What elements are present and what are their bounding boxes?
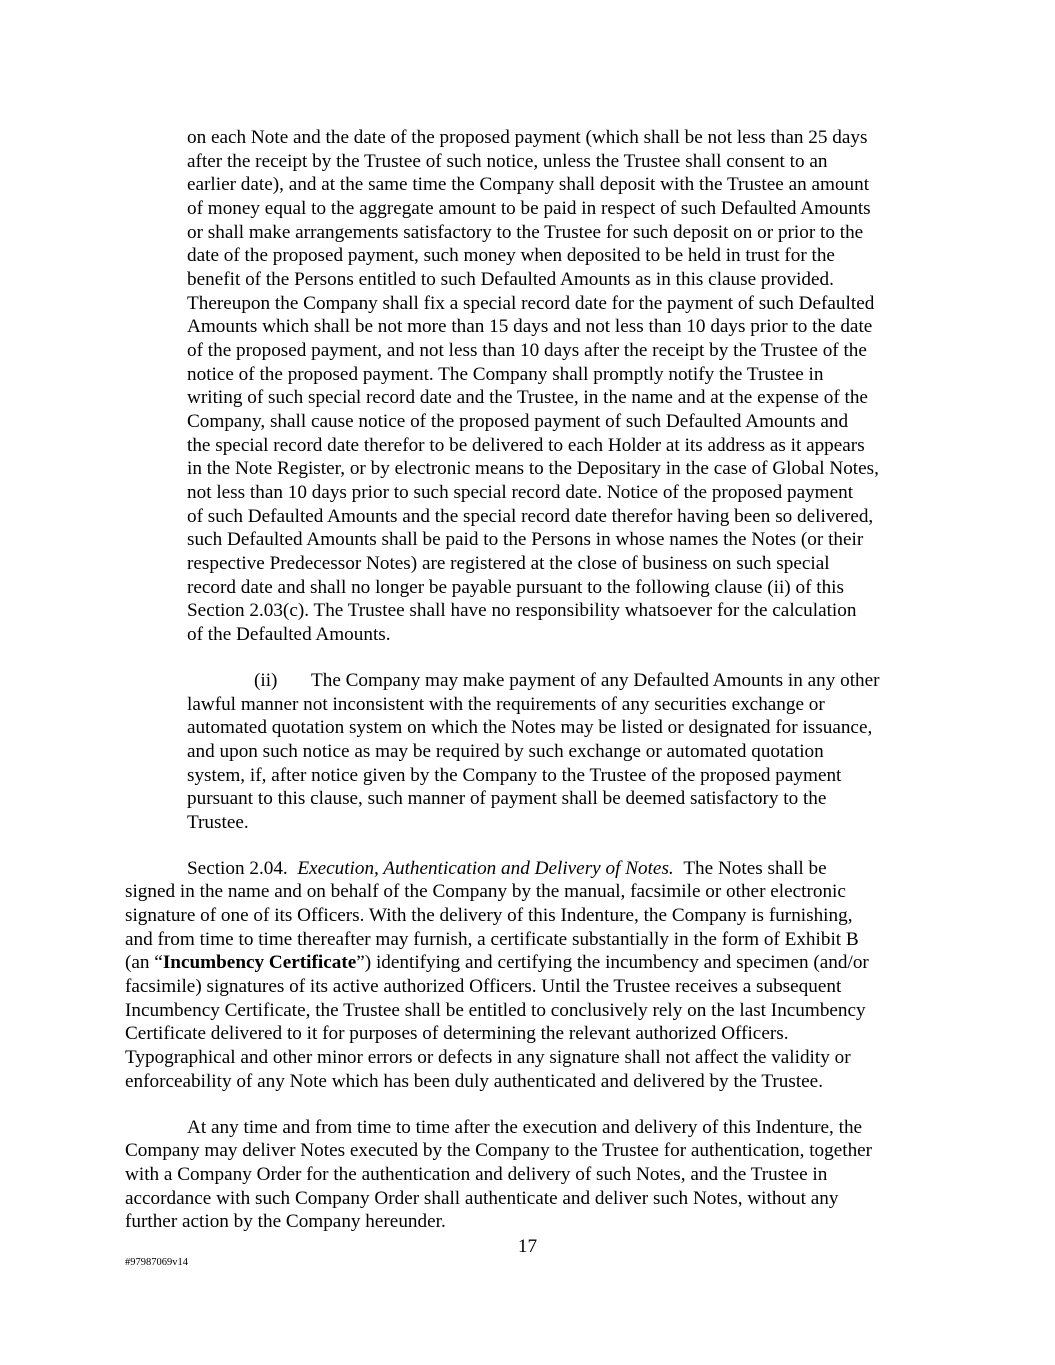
page-number: 17 bbox=[0, 1236, 1055, 1258]
text-line: respective Predecessor Notes) are regist… bbox=[187, 552, 830, 576]
text-line: notice of the proposed payment. The Comp… bbox=[187, 363, 823, 387]
text-line: Certificate delivered to it for purposes… bbox=[125, 1022, 789, 1046]
text-fragment: ”) identifying and certifying the incumb… bbox=[356, 952, 869, 973]
text-line: signed in the name and on behalf of the … bbox=[125, 880, 846, 904]
text-line: Amounts which shall be not more than 15 … bbox=[187, 315, 872, 339]
text-line: or shall make arrangements satisfactory … bbox=[187, 221, 863, 245]
text-line: of the Defaulted Amounts. bbox=[187, 623, 391, 647]
text-fragment: The Notes shall be bbox=[683, 858, 826, 879]
section-heading-line: Section 2.04. Execution, Authentication … bbox=[187, 857, 827, 881]
section-title: Execution, Authentication and Delivery o… bbox=[297, 858, 673, 879]
text-line: in the Note Register, or by electronic m… bbox=[187, 457, 879, 481]
text-line: record date and shall no longer be payab… bbox=[187, 576, 844, 600]
text-line: of money equal to the aggregate amount t… bbox=[187, 197, 871, 221]
text-line: Thereupon the Company shall fix a specia… bbox=[187, 292, 874, 316]
text-line: of the proposed payment, and not less th… bbox=[187, 339, 867, 363]
text-line: facsimile) signatures of its active auth… bbox=[125, 975, 841, 999]
text-line: lawful manner not inconsistent with the … bbox=[187, 693, 825, 717]
section-label: Section 2.04. bbox=[187, 858, 288, 879]
text-line: benefit of the Persons entitled to such … bbox=[187, 268, 834, 292]
text-line: (an “Incumbency Certificate”) identifyin… bbox=[125, 951, 869, 975]
text-line: At any time and from time to time after … bbox=[187, 1116, 862, 1140]
text-line: with a Company Order for the authenticat… bbox=[125, 1163, 827, 1187]
defined-term: Incumbency Certificate bbox=[163, 952, 356, 973]
text-line: Company may deliver Notes executed by th… bbox=[125, 1139, 872, 1163]
text-line: the special record date therefor to be d… bbox=[187, 434, 865, 458]
text-line: enforceability of any Note which has bee… bbox=[125, 1070, 823, 1094]
text-line: such Defaulted Amounts shall be paid to … bbox=[187, 528, 863, 552]
text-line: The Company may make payment of any Defa… bbox=[311, 669, 880, 693]
text-line: not less than 10 days prior to such spec… bbox=[187, 481, 853, 505]
clause-marker: (ii) bbox=[254, 669, 277, 693]
text-line: further action by the Company hereunder. bbox=[125, 1210, 446, 1234]
text-line: Typographical and other minor errors or … bbox=[125, 1046, 851, 1070]
document-page: on each Note and the date of the propose… bbox=[0, 0, 1055, 1365]
text-line: system, if, after notice given by the Co… bbox=[187, 764, 841, 788]
text-line: Incumbency Certificate, the Trustee shal… bbox=[125, 999, 866, 1023]
text-line: signature of one of its Officers. With t… bbox=[125, 904, 853, 928]
text-line: accordance with such Company Order shall… bbox=[125, 1187, 838, 1211]
text-line: Trustee. bbox=[187, 811, 249, 835]
text-line: date of the proposed payment, such money… bbox=[187, 244, 835, 268]
text-fragment: (an “ bbox=[125, 952, 163, 973]
text-line: and from time to time thereafter may fur… bbox=[125, 928, 859, 952]
document-id: #97987069v14 bbox=[125, 1257, 188, 1268]
text-line: automated quotation system on which the … bbox=[187, 716, 872, 740]
text-line: on each Note and the date of the propose… bbox=[187, 126, 867, 150]
text-line: pursuant to this clause, such manner of … bbox=[187, 787, 826, 811]
text-line: earlier date), and at the same time the … bbox=[187, 173, 869, 197]
text-line: and upon such notice as may be required … bbox=[187, 740, 824, 764]
text-line: Company, shall cause notice of the propo… bbox=[187, 410, 848, 434]
text-line: Section 2.03(c). The Trustee shall have … bbox=[187, 599, 856, 623]
text-line: after the receipt by the Trustee of such… bbox=[187, 150, 828, 174]
text-line: of such Defaulted Amounts and the specia… bbox=[187, 505, 873, 529]
text-line: writing of such special record date and … bbox=[187, 386, 868, 410]
